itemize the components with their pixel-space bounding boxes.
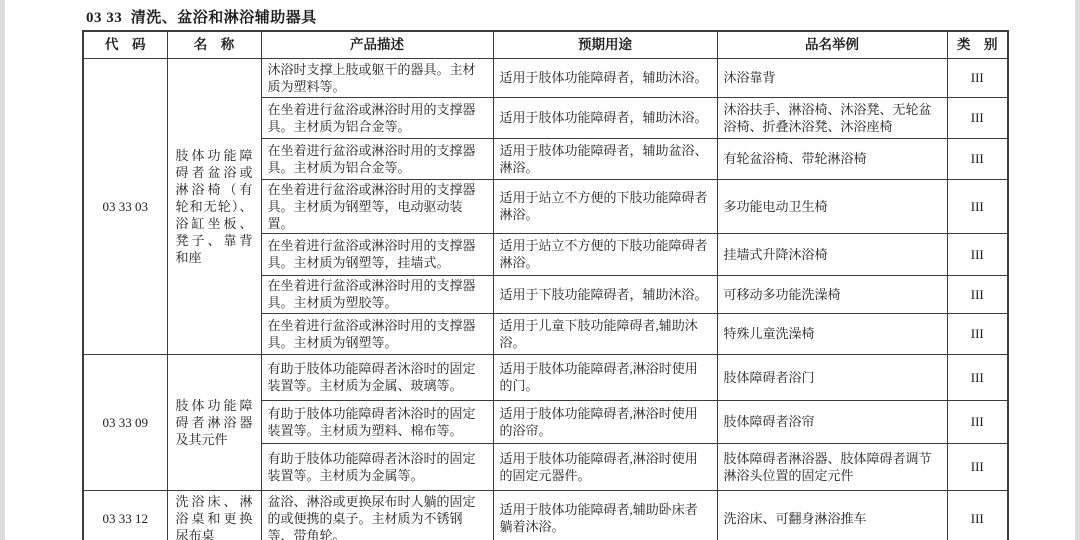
use-cell: 适用于站立不方便的下肢功能障碍者淋浴。: [493, 179, 717, 233]
category-cell: III: [947, 179, 1008, 233]
category-cell: III: [947, 490, 1008, 540]
header-code: 代 码: [83, 31, 167, 58]
examples-cell: 多功能电动卫生椅: [717, 179, 947, 233]
table-row: 03 33 09 肢体功能障碍者淋浴器及其元件 有助于肢体功能障碍者沐浴时的固定…: [83, 354, 1008, 400]
examples-cell: 肢体障碍者淋浴器、肢体障碍者调节淋浴头位置的固定元件: [717, 443, 947, 490]
desc-cell: 沐浴时支撑上肢或躯干的器具。主材质为塑料等。: [261, 58, 493, 97]
desc-cell: 在坐着进行盆浴或淋浴时用的支撑器具。主材质为铝合金等。: [261, 97, 493, 138]
use-cell: 适用于肢体功能障碍者,淋浴时使用的固定元器件。: [493, 443, 717, 490]
table-row: 03 33 03 肢体功能障碍者盆浴或淋浴椅（有轮和无轮）、浴缸坐板、凳子、靠背…: [83, 58, 1008, 97]
category-cell: III: [947, 233, 1008, 275]
examples-cell: 挂墙式升降沐浴椅: [717, 233, 947, 275]
desc-cell: 有助于肢体功能障碍者沐浴时的固定装置等。主材质为塑料、棉布等。: [261, 400, 493, 443]
name-cell: 洗浴床、淋浴桌和更换尿布桌: [167, 490, 261, 540]
examples-cell: 肢体障碍者浴帘: [717, 400, 947, 443]
examples-cell: 肢体障碍者浴门: [717, 354, 947, 400]
desc-cell: 在坐着进行盆浴或淋浴时用的支撑器具。主材质为铝合金等。: [261, 138, 493, 179]
table-header-row: 代 码 名 称 产品描述 预期用途 品名举例 类 别: [83, 31, 1008, 58]
examples-cell: 有轮盆浴椅、带轮淋浴椅: [717, 138, 947, 179]
header-examples: 品名举例: [717, 31, 947, 58]
assistive-devices-table: 代 码 名 称 产品描述 预期用途 品名举例 类 别 03 33 03 肢体功能…: [82, 30, 1009, 540]
use-cell: 适用于下肢功能障碍者，辅助沐浴。: [493, 275, 717, 313]
use-cell: 适用于肢体功能障碍者，辅助沐浴。: [493, 58, 717, 97]
use-cell: 适用于肢体功能障碍者，辅助盆浴、淋浴。: [493, 138, 717, 179]
use-cell: 适用于肢体功能障碍者,辅助卧床者躺着沐浴。: [493, 490, 717, 540]
table-row: 03 33 12 洗浴床、淋浴桌和更换尿布桌 盆浴、淋浴或更换尿布时人躺的固定的…: [83, 490, 1008, 540]
desc-cell: 有助于肢体功能障碍者沐浴时的固定装置等。主材质为金属、玻璃等。: [261, 354, 493, 400]
category-cell: III: [947, 58, 1008, 97]
category-cell: III: [947, 354, 1008, 400]
use-cell: 适用于肢体功能障碍者,淋浴时使用的浴帘。: [493, 400, 717, 443]
code-cell: 03 33 12: [83, 490, 167, 540]
header-use: 预期用途: [493, 31, 717, 58]
category-cell: III: [947, 400, 1008, 443]
name-cell: 肢体功能障碍者淋浴器及其元件: [167, 354, 261, 490]
category-cell: III: [947, 443, 1008, 490]
category-cell: III: [947, 97, 1008, 138]
header-category: 类 别: [947, 31, 1008, 58]
category-cell: III: [947, 138, 1008, 179]
header-desc: 产品描述: [261, 31, 493, 58]
page-edge-left: [0, 0, 5, 540]
use-cell: 适用于肢体功能障碍者,淋浴时使用的门。: [493, 354, 717, 400]
code-cell: 03 33 03: [83, 58, 167, 354]
header-name: 名 称: [167, 31, 261, 58]
category-cell: III: [947, 275, 1008, 313]
desc-cell: 在坐着进行盆浴或淋浴时用的支撑器具。主材质为钢塑等，电动驱动装置。: [261, 179, 493, 233]
desc-cell: 有助于肢体功能障碍者沐浴时的固定装置等。主材质为金属等。: [261, 443, 493, 490]
use-cell: 适用于肢体功能障碍者，辅助沐浴。: [493, 97, 717, 138]
page-title: 03 33 清洗、盆浴和淋浴辅助器具: [86, 6, 317, 27]
use-cell: 适用于站立不方便的下肢功能障碍者淋浴。: [493, 233, 717, 275]
page-edge-right: [1075, 0, 1080, 540]
examples-cell: 洗浴床、可翻身淋浴推车: [717, 490, 947, 540]
examples-cell: 沐浴靠背: [717, 58, 947, 97]
examples-cell: 沐浴扶手、淋浴椅、沐浴凳、无轮盆浴椅、折叠沐浴凳、沐浴座椅: [717, 97, 947, 138]
use-cell: 适用于儿童下肢功能障碍者,辅助沐浴。: [493, 313, 717, 354]
desc-cell: 盆浴、淋浴或更换尿布时人躺的固定的或便携的桌子。主材质为不锈钢等，带角轮。: [261, 490, 493, 540]
examples-cell: 可移动多功能洗澡椅: [717, 275, 947, 313]
name-cell: 肢体功能障碍者盆浴或淋浴椅（有轮和无轮）、浴缸坐板、凳子、靠背和座: [167, 58, 261, 354]
desc-cell: 在坐着进行盆浴或淋浴时用的支撑器具。主材质为钢塑等，挂墙式。: [261, 233, 493, 275]
desc-cell: 在坐着进行盆浴或淋浴时用的支撑器具。主材质为钢塑等。: [261, 313, 493, 354]
desc-cell: 在坐着进行盆浴或淋浴时用的支撑器具。主材质为塑胶等。: [261, 275, 493, 313]
category-cell: III: [947, 313, 1008, 354]
examples-cell: 特殊儿童洗澡椅: [717, 313, 947, 354]
code-cell: 03 33 09: [83, 354, 167, 490]
